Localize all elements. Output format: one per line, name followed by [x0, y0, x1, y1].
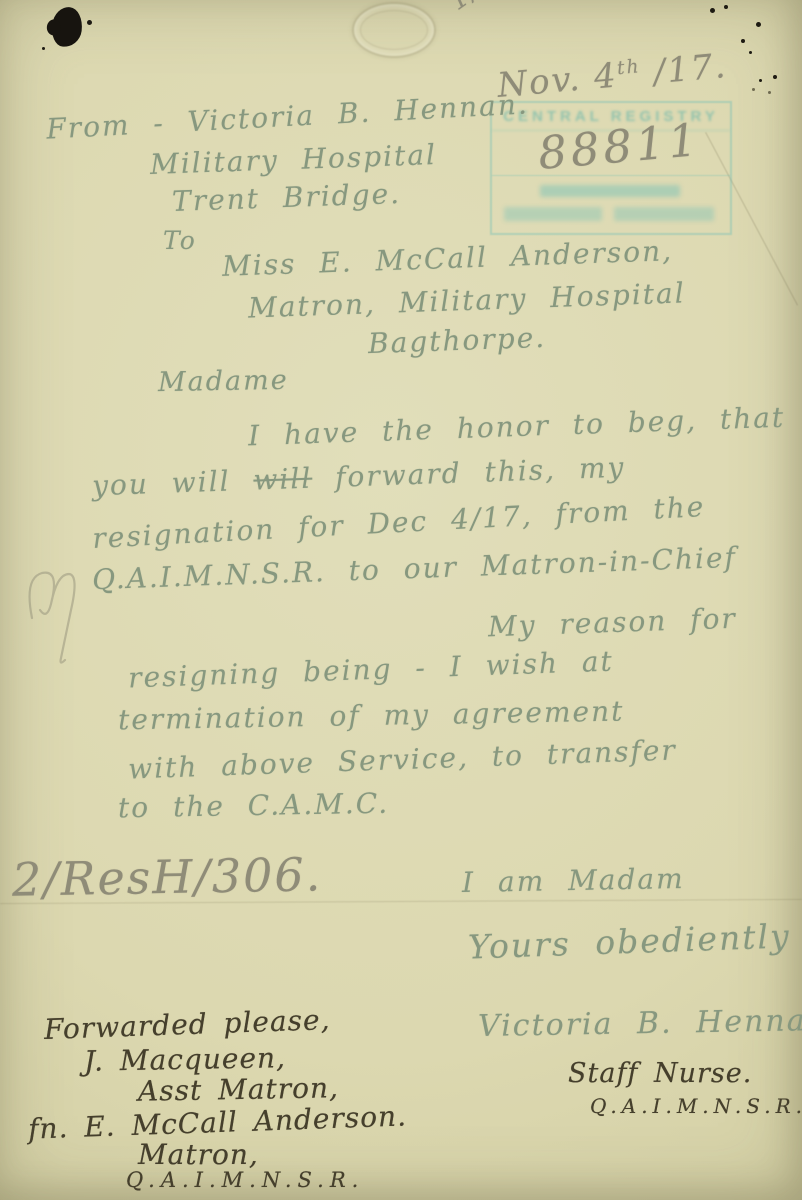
ink-speck — [749, 51, 752, 54]
signature-title: Staff Nurse. — [568, 1058, 752, 1089]
date-part2: /17. — [639, 46, 729, 93]
ink-speck — [42, 47, 45, 50]
forwarding-line-6: Q.A.I.M.N.S.R. — [126, 1168, 364, 1192]
reference-number: 2/ResH/306. — [12, 847, 323, 906]
body-line-2b: forward this, my — [335, 451, 626, 494]
to-prefix: To — [163, 226, 197, 255]
body-line-1: I have the honor to beg, that — [248, 401, 786, 453]
closing-line-1: I am Madam — [462, 862, 685, 899]
ink-speck — [724, 5, 728, 9]
body-line-7: termination of my agreement — [118, 695, 625, 737]
closing-line-2: Yours obediently — [467, 916, 791, 966]
body-line-8: with above Service, to transfer — [128, 733, 678, 785]
ink-blot — [50, 5, 85, 48]
ink-speck — [710, 8, 715, 13]
date-line: Nov. 4th /17. — [496, 46, 729, 106]
body-line-2a: you will — [92, 464, 232, 502]
stamp-illegible-line — [614, 207, 714, 221]
forwarding-line-1: Forwarded please, — [44, 1003, 331, 1046]
embossed-seal — [352, 2, 436, 58]
ink-speck — [741, 39, 745, 43]
forwarding-line-5: Matron, — [138, 1138, 259, 1171]
letter-scan-page: 1/17/17 Nov. 4th /17. CENTRAL REGISTRY 8… — [0, 0, 802, 1200]
signature-unit: Q.A.I.M.N.S.R. — [590, 1094, 802, 1118]
to-line-2: Matron, Military Hospital — [248, 276, 687, 324]
to-line-1: Miss E. McCall Anderson, — [222, 234, 674, 283]
body-line-2-struck-word: will — [253, 462, 313, 497]
ink-speck — [759, 79, 762, 82]
stamp-illegible-line — [504, 207, 602, 221]
from-line-2: Military Hospital — [150, 138, 438, 181]
ink-speck — [756, 22, 761, 27]
body-line-9: to the C.A.M.C. — [118, 787, 390, 825]
from-line-3: Trent Bridge. — [171, 177, 401, 218]
pencil-dot — [752, 88, 755, 91]
signature-name: Victoria B. Hennan — [478, 1003, 802, 1044]
to-line-3: Bagthorpe. — [367, 321, 546, 360]
corner-date-scribble: 1/17/17 — [444, 0, 555, 17]
body-line-2: you will will forward this, my — [92, 451, 626, 503]
ink-speck — [773, 75, 777, 79]
from-line-1: From - Victoria B. Hennan. — [45, 87, 529, 145]
stamp-illegible-line — [540, 185, 680, 197]
ink-speck — [87, 20, 92, 25]
date-sup: th — [616, 56, 641, 79]
salutation: Madame — [158, 365, 289, 398]
pencil-dot — [768, 91, 771, 94]
margin-pencil-mark — [22, 560, 82, 670]
body-line-5: My reason for — [487, 602, 737, 644]
body-line-6: resigning being - I wish at — [128, 645, 615, 695]
